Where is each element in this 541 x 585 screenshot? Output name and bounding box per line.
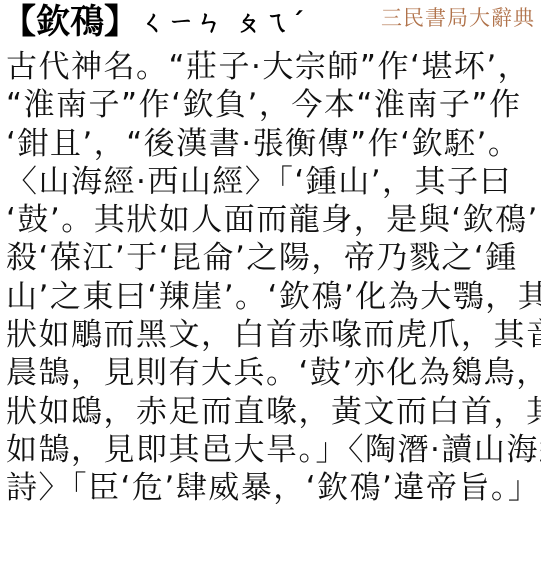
definition-line: 如鵠，見即其邑大旱。」〈陶潛·讀山海經	[6, 431, 540, 469]
definition-line: 山’之東曰‘䍶崖’。‘欽鴀’化為大鶚，其	[6, 278, 540, 316]
definition-line: 詩〉「臣‘危’肆威暴，‘欽鴀’違帝旨。」	[6, 469, 540, 507]
definition-line: ‘鉗且’，“後漢書·張衡傳”作‘欽駓’。	[6, 125, 540, 163]
definition-line: 古代神名。“莊子·大宗師”作‘堪坏’，	[6, 48, 540, 86]
definition-body: 古代神名。“莊子·大宗師”作‘堪坏’， “淮南子”作‘欽負’，今本“淮南子”作 …	[6, 48, 540, 508]
definition-line: 狀如鴟，赤足而直喙，黃文而白首，其音	[6, 393, 540, 431]
dictionary-source-label: 三民書局大辭典	[381, 4, 535, 32]
definition-line: 殺‘葆江’于‘昆侖’之陽，帝乃戮之‘鍾	[6, 239, 540, 277]
definition-line: 晨鵠，見則有大兵。‘鼓’亦化為鵕鳥，其	[6, 354, 540, 392]
entry-header: 【欽鴀】 ㄑㄧㄣ ㄆㄟˊ 三民書局大辭典	[0, 0, 541, 44]
definition-line: 〈山海經·西山經〉「‘鍾山’，其子曰	[6, 163, 540, 201]
definition-line: “淮南子”作‘欽負’，今本“淮南子”作	[6, 86, 540, 124]
definition-line: ‘鼓’。其狀如人面而龍身，是與‘欽鴀’	[6, 201, 540, 239]
definition-line: 狀如鵰而黑文，白首赤喙而虎爪，其音如	[6, 316, 540, 354]
headword: 【欽鴀】	[2, 2, 138, 42]
zhuyin-pronunciation: ㄑㄧㄣ ㄆㄟˊ	[140, 6, 306, 40]
